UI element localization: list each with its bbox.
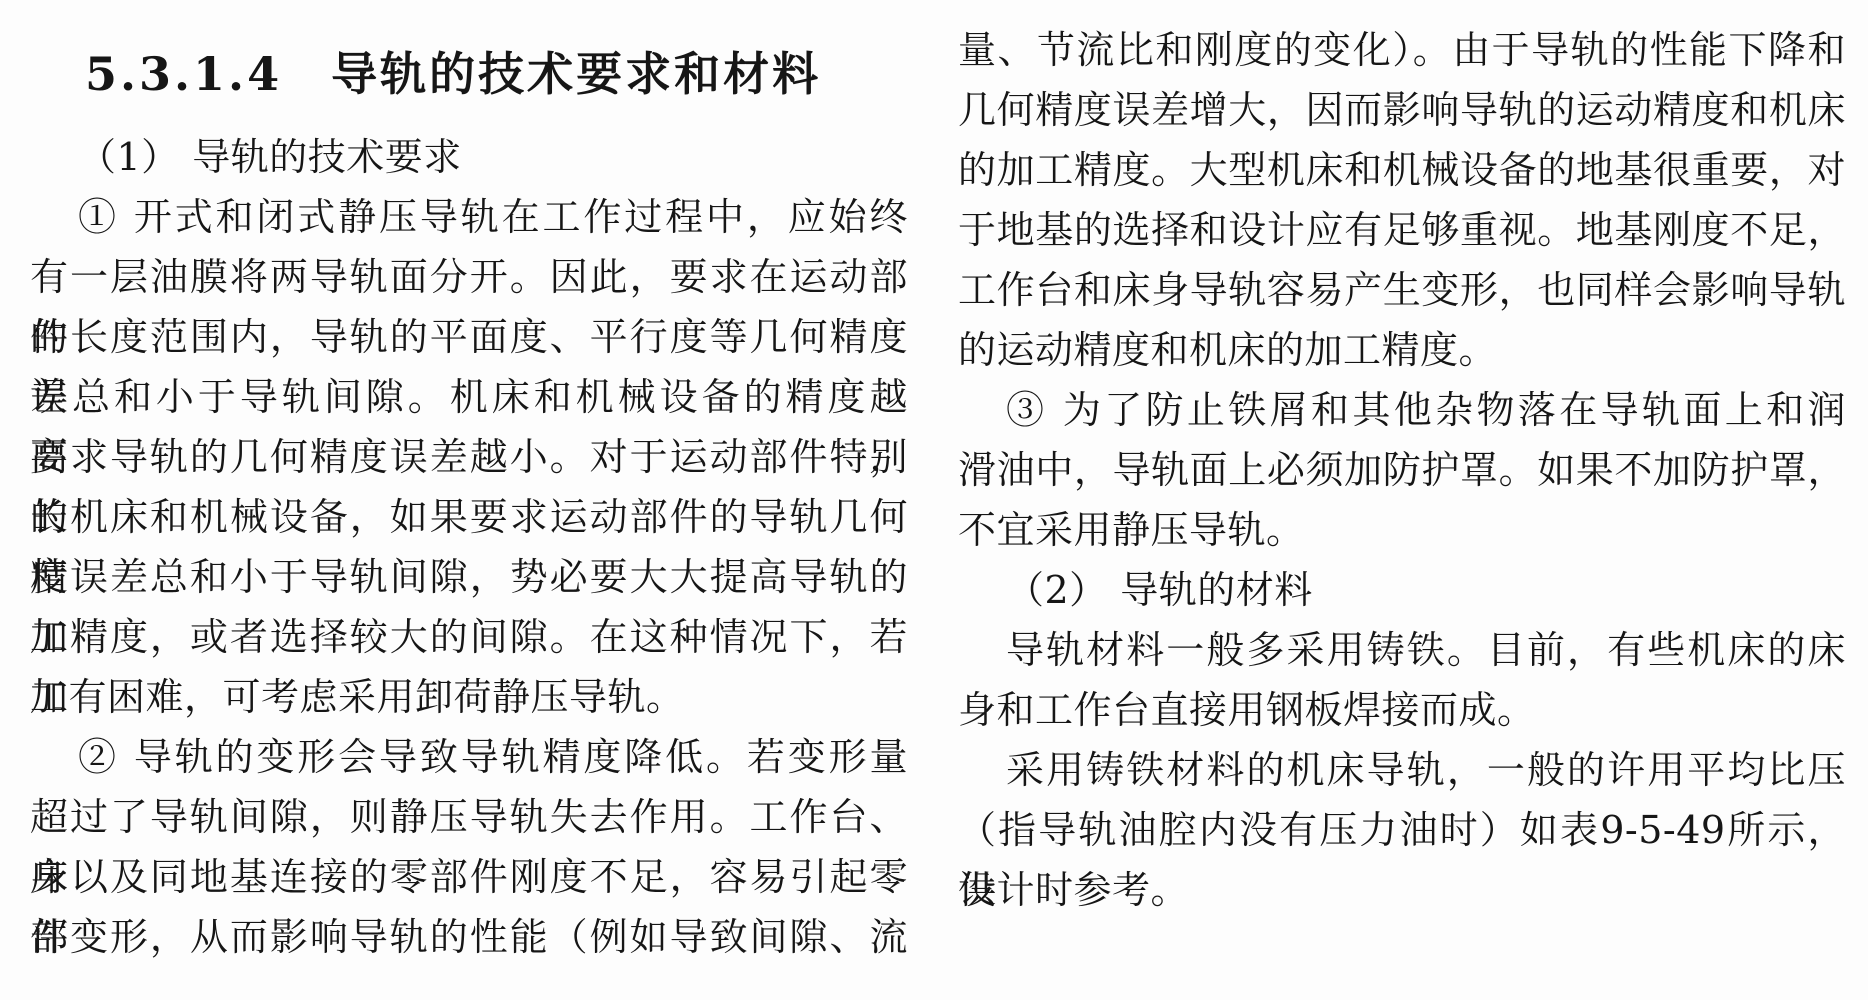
text-line: ② 导轨的变形会导致导轨精度降低。若变形量 — [30, 727, 908, 787]
text-line: 超过了导轨间隙，则静压导轨失去作用。工作台、床 — [30, 787, 908, 847]
text-line: 工作台和床身导轨容易产生变形，也同样会影响导轨 — [958, 260, 1846, 320]
text-line: 的加工精度。大型机床和机械设备的地基很重要，对 — [958, 140, 1846, 200]
text-line: 件变形，从而影响导轨的性能（例如导致间隙、流 — [30, 907, 908, 967]
text-line: 不宜采用静压导轨。 — [958, 500, 1846, 560]
text-line: 于地基的选择和设计应有足够重视。地基刚度不足， — [958, 200, 1846, 260]
text-line: 度误差总和小于导轨间隙，势必要大大提高导轨的加 — [30, 547, 908, 607]
text-line: 差总和小于导轨间隙。机床和机械设备的精度越高， — [30, 367, 908, 427]
text-line: 身和工作台直接用钢板焊接而成。 — [958, 680, 1846, 740]
right-column: 量、节流比和刚度的变化）。由于导轨的性能下降和 几何精度误差增大，因而影响导轨的… — [958, 20, 1846, 920]
text-line: （指导轨油腔内没有压力油时）如表9-5-49所示，供 — [958, 800, 1846, 860]
text-line: ③ 为了防止铁屑和其他杂物落在导轨面上和润 — [958, 380, 1846, 440]
text-line: 滑油中，导轨面上必须加防护罩。如果不加防护罩， — [958, 440, 1846, 500]
text-line: 身以及同地基连接的零部件刚度不足，容易引起零部 — [30, 847, 908, 907]
section-heading: 5.3.1.4 导轨的技术要求和材料 — [30, 38, 908, 110]
text-line: （2） 导轨的材料 — [958, 560, 1846, 620]
text-line: （1） 导轨的技术要求 — [30, 127, 908, 187]
text-line: 设计时参考。 — [958, 860, 1846, 920]
text-line: 要求导轨的几何精度误差越小。对于运动部件特别长 — [30, 427, 908, 487]
text-line: 采用铸铁材料的机床导轨，一般的许用平均比压 — [958, 740, 1846, 800]
document-page: 5.3.1.4 导轨的技术要求和材料 （1） 导轨的技术要求 ① 开式和闭式静压… — [0, 0, 1868, 1000]
text-line: 导轨材料一般多采用铸铁。目前，有些机床的床 — [958, 620, 1846, 680]
left-column: 5.3.1.4 导轨的技术要求和材料 （1） 导轨的技术要求 ① 开式和闭式静压… — [30, 38, 908, 967]
text-line: 量、节流比和刚度的变化）。由于导轨的性能下降和 — [958, 20, 1846, 80]
text-line: 有一层油膜将两导轨面分开。因此，要求在运动部件 — [30, 247, 908, 307]
text-line: 的机床和机械设备，如果要求运动部件的导轨几何精 — [30, 487, 908, 547]
text-line: 的长度范围内，导轨的平面度、平行度等几何精度误 — [30, 307, 908, 367]
text-line: 几何精度误差增大，因而影响导轨的运动精度和机床 — [958, 80, 1846, 140]
text-line: 的运动精度和机床的加工精度。 — [958, 320, 1846, 380]
text-line: ① 开式和闭式静压导轨在工作过程中，应始终 — [30, 187, 908, 247]
text-line: 工精度，或者选择较大的间隙。在这种情况下，若加 — [30, 607, 908, 667]
text-line: 工有困难，可考虑采用卸荷静压导轨。 — [30, 667, 908, 727]
